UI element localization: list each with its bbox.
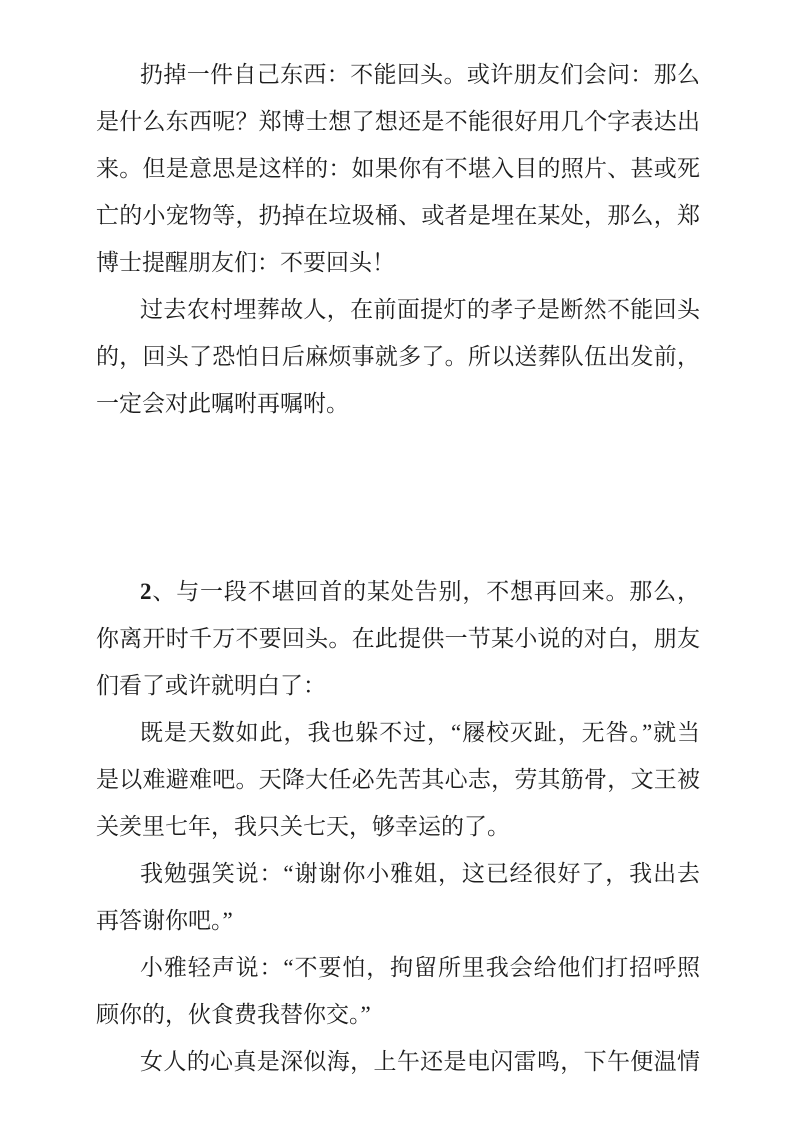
- paragraph: 扔掉一件自己东西：不能回头。或许朋友们会问：那么是什么东西呢？郑博士想了想还是不…: [96, 51, 700, 286]
- paragraph: 我勉强笑说：“谢谢你小雅姐，这已经很好了，我出去再答谢你吧。”: [96, 850, 700, 944]
- paragraph: 女人的心真是深似海，上午还是电闪雷鸣，下午便温情: [96, 1038, 700, 1085]
- paragraph: 小雅轻声说：“不要怕，拘留所里我会给他们打招呼照顾你的，伙食费我替你交。”: [96, 944, 700, 1038]
- paragraph: 过去农村埋葬故人，在前面提灯的孝子是断然不能回头的，回头了恐怕日后麻烦事就多了。…: [96, 286, 700, 427]
- document-body: 扔掉一件自己东西：不能回头。或许朋友们会问：那么是什么东西呢？郑博士想了想还是不…: [0, 0, 796, 1085]
- paragraph: 既是天数如此，我也躲不过，“屦校灭趾，无咎。”就当是以难避难吧。天降大任必先苦其…: [96, 709, 700, 850]
- document-page: 扔掉一件自己东西：不能回头。或许朋友们会问：那么是什么东西呢？郑博士想了想还是不…: [0, 0, 796, 1145]
- paragraph: 2、与一段不堪回首的某处告别，不想再回来。那么，你离开时千万不要回头。在此提供一…: [96, 568, 700, 709]
- paragraph-number: 2: [140, 579, 152, 604]
